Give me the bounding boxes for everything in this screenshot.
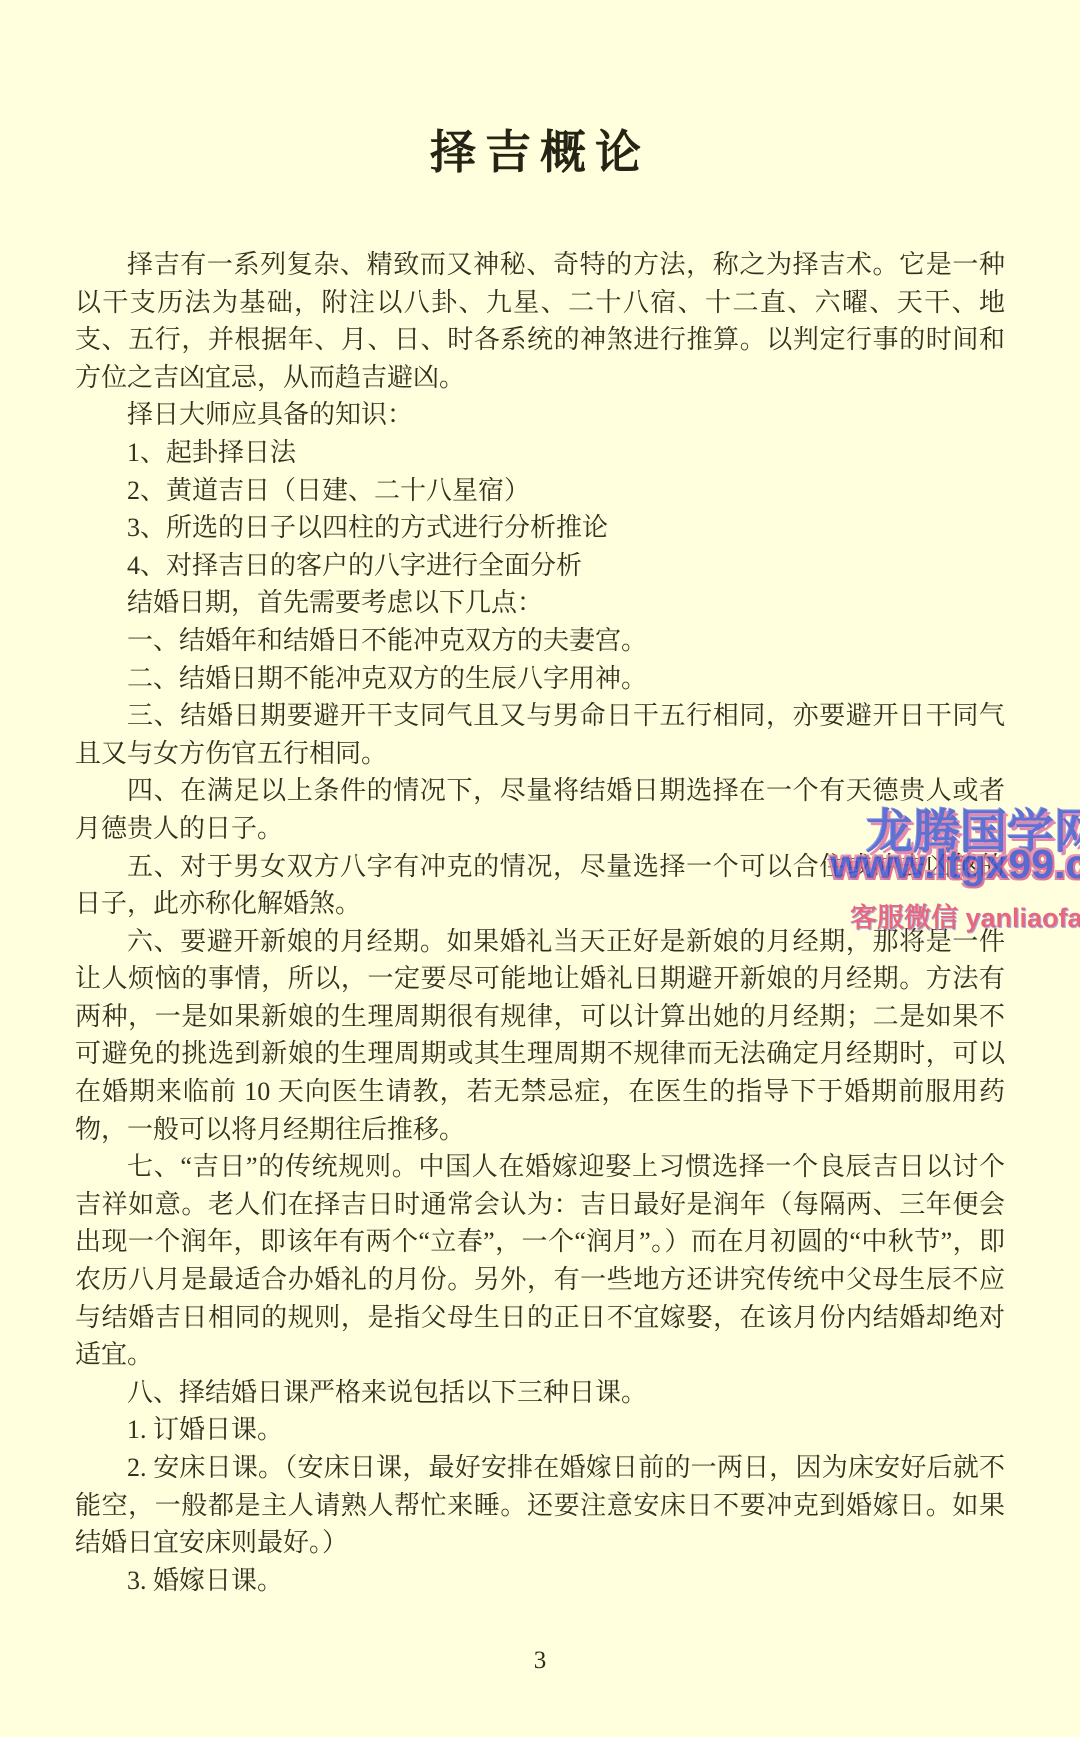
document-body: 择吉有一系列复杂、精致而又神秘、奇特的方法，称之为择吉术。它是一种以干支历法为基… xyxy=(75,246,1005,1599)
page-title: 择吉概论 xyxy=(0,116,1080,182)
paragraph: 四、在满足以上条件的情况下，尽量将结婚日期选择在一个有天德贵人或者月德贵人的日子… xyxy=(75,772,1005,847)
scanned-book-page: 择吉概论 择吉有一系列复杂、精致而又神秘、奇特的方法，称之为择吉术。它是一种以干… xyxy=(0,0,1080,1737)
paragraph: 一、结婚年和结婚日不能冲克双方的夫妻宫。 xyxy=(75,622,1005,660)
paragraph: 4、对择吉日的客户的八字进行全面分析 xyxy=(75,547,1005,585)
page-number: 3 xyxy=(0,1647,1080,1675)
paragraph: 3. 婚嫁日课。 xyxy=(75,1562,1005,1600)
paragraph: 择吉有一系列复杂、精致而又神秘、奇特的方法，称之为择吉术。它是一种以干支历法为基… xyxy=(75,246,1005,396)
paragraph: 3、所选的日子以四柱的方式进行分析推论 xyxy=(75,509,1005,547)
paragraph: 六、要避开新娘的月经期。如果婚礼当天正好是新娘的月经期，那将是一件让人烦恼的事情… xyxy=(75,923,1005,1149)
paragraph: 三、结婚日期要避开干支同气且又与男命日干五行相同，亦要避开日干同气且又与女方伤官… xyxy=(75,697,1005,772)
paragraph: 二、结婚日期不能冲克双方的生辰八字用神。 xyxy=(75,660,1005,698)
paragraph: 七、“吉日”的传统规则。中国人在婚嫁迎娶上习惯选择一个良辰吉日以讨个吉祥如意。老… xyxy=(75,1148,1005,1374)
paragraph: 2、黄道吉日（日建、二十八星宿） xyxy=(75,472,1005,510)
paragraph: 结婚日期，首先需要考虑以下几点： xyxy=(75,584,1005,622)
paragraph: 择日大师应具备的知识： xyxy=(75,396,1005,434)
paragraph: 1. 订婚日课。 xyxy=(75,1411,1005,1449)
paragraph: 八、择结婚日课严格来说包括以下三种日课。 xyxy=(75,1374,1005,1412)
paragraph: 2. 安床日课。（安床日课，最好安排在婚嫁日前的一两日，因为床安好后就不能空，一… xyxy=(75,1449,1005,1562)
paragraph: 五、对于男女双方八字有冲克的情况，尽量选择一个可以合住或冲去凶煞的日子，此亦称化… xyxy=(75,848,1005,923)
paragraph: 1、起卦择日法 xyxy=(75,434,1005,472)
